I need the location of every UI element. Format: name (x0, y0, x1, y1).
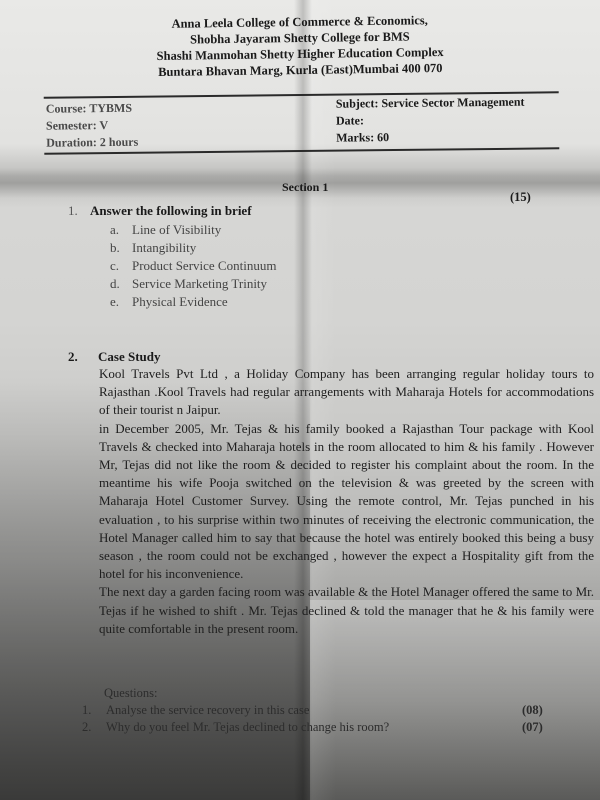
case-study-text: Kool Travels Pvt Ltd , a Holiday Company… (99, 365, 594, 638)
question-marks: (07) (522, 719, 543, 736)
section-title: Section 1 (282, 180, 328, 195)
case-questions: Questions: 1.Analyse the service recover… (82, 684, 582, 736)
subject-label: Subject: Service Sector Management (336, 94, 525, 113)
case-question: 1.Analyse the service recovery in this c… (82, 702, 582, 719)
list-item: e.Physical Evidence (110, 293, 276, 311)
college-header: Anna Leela College of Commerce & Economi… (0, 10, 600, 82)
question-marks: (08) (522, 702, 543, 719)
case-question: 2.Why do you feel Mr. Tejas declined to … (82, 719, 582, 736)
semester-label: Semester: V (46, 117, 138, 135)
question-heading: Case Study (98, 349, 161, 364)
course-label: Course: TYBMS (46, 100, 138, 118)
question-2: 2.Case Study Kool Travels Pvt Ltd , a Ho… (68, 349, 594, 638)
exam-info-right: Subject: Service Sector Management Date:… (336, 94, 525, 147)
exam-info-left: Course: TYBMS Semester: V Duration: 2 ho… (46, 100, 139, 152)
section-marks: (15) (510, 190, 531, 205)
case-paragraph: in December 2005, Mr. Tejas & his family… (99, 420, 594, 584)
question-1: 1.Answer the following in brief a.Line o… (68, 203, 276, 311)
question-heading: Answer the following in brief (90, 203, 252, 218)
list-item: d.Service Marketing Trinity (110, 275, 276, 293)
duration-label: Duration: 2 hours (46, 134, 138, 152)
case-paragraph: Kool Travels Pvt Ltd , a Holiday Company… (99, 365, 594, 420)
questions-heading: Questions: (104, 684, 582, 702)
question-number: 2. (68, 349, 98, 365)
question-1-items: a.Line of Visibility b.Intangibility c.P… (110, 221, 276, 311)
list-item: c.Product Service Continuum (110, 257, 276, 275)
exam-info-block: Course: TYBMS Semester: V Duration: 2 ho… (44, 91, 560, 154)
case-paragraph: The next day a garden facing room was av… (99, 583, 594, 638)
date-label: Date: (336, 111, 525, 130)
question-number: 1. (68, 203, 90, 219)
list-item: a.Line of Visibility (110, 221, 276, 239)
list-item: b.Intangibility (110, 239, 276, 257)
marks-label: Marks: 60 (336, 128, 525, 147)
